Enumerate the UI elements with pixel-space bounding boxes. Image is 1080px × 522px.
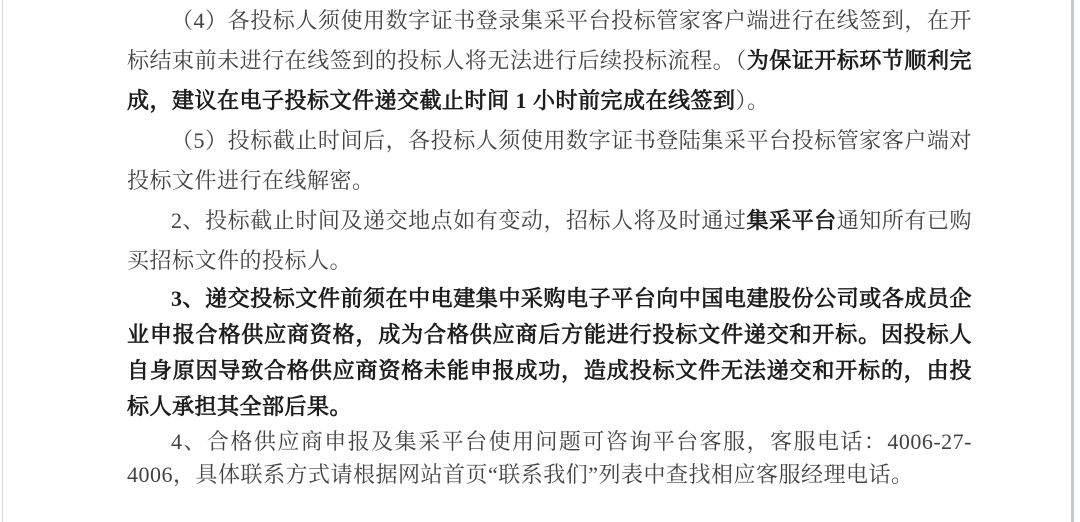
scanned-document-page: （4）各投标人须使用数字证书登录集采平台投标管家客户端进行在线签到，在开标结束前…	[0, 0, 1080, 522]
bold-text-segment: 3、递交投标文件前须在中电建集中采购电子平台向中国电建股份公司或各成员企业申报合…	[127, 286, 972, 419]
item-3-paragraph: 3、递交投标文件前须在中电建集中采购电子平台向中国电建股份公司或各成员企业申报合…	[127, 281, 972, 425]
document-body: （4）各投标人须使用数字证书登录集采平台投标管家客户端进行在线签到，在开标结束前…	[127, 1, 972, 491]
page-right-edge-line	[1071, 0, 1074, 522]
page-left-edge-line	[2, 0, 3, 522]
item-4-paragraph: 4、合格供应商申报及集采平台使用问题可咨询平台客服，客服电话：4006-27-4…	[127, 425, 972, 491]
clause-5-paragraph: （5）投标截止时间后，各投标人须使用数字证书登陆集采平台投标管家客户端对投标文件…	[127, 121, 972, 201]
text-segment: ）。	[736, 88, 770, 113]
text-segment: 2、投标截止时间及递交地点如有变动，招标人将及时通过	[171, 208, 746, 233]
bold-text-segment: 集采平台	[746, 208, 836, 233]
clause-4-paragraph: （4）各投标人须使用数字证书登录集采平台投标管家客户端进行在线签到，在开标结束前…	[127, 1, 972, 121]
text-segment: （5）投标截止时间后，各投标人须使用数字证书登陆集采平台投标管家客户端对投标文件…	[127, 128, 972, 193]
text-segment: 4、合格供应商申报及集采平台使用问题可咨询平台客服，客服电话：4006-27-4…	[127, 429, 972, 487]
item-2-paragraph: 2、投标截止时间及递交地点如有变动，招标人将及时通过集采平台通知所有已购买招标文…	[127, 201, 972, 281]
